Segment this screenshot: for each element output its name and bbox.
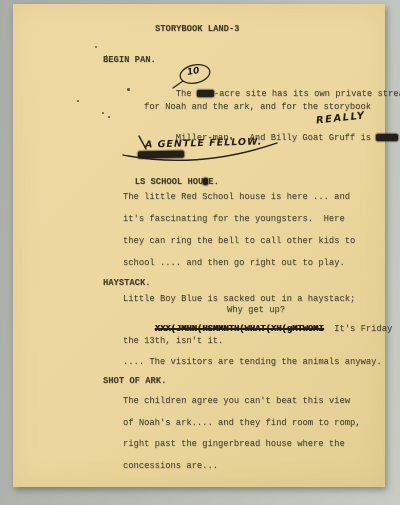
ink-speckle [95, 46, 97, 48]
cue-school-house: LS SCHOOL HOUE. [103, 169, 219, 178]
inserted-correction: Why get up? [227, 306, 285, 315]
script-line: they can ring the bell to call other kid… [123, 237, 355, 246]
script-page: STORYBOOK LAND-3 BEGIN PAN. The -acre si… [13, 4, 385, 487]
script-line: right past the gingerbread house where t… [123, 440, 345, 449]
heading-text: LS SCHOOL HOU [135, 177, 204, 187]
ink-speckle [108, 116, 110, 118]
script-line: of Noah's ark.... and they find room to … [123, 419, 361, 428]
redaction-mark [376, 134, 398, 141]
script-line: the 13th, isn't it. [123, 337, 223, 346]
cue-haystack: HAYSTACK. [103, 279, 151, 288]
redaction-mark [197, 90, 214, 97]
redaction-mark [138, 151, 184, 159]
ink-speckle [127, 88, 130, 91]
line-text: It's Friday [324, 324, 393, 334]
script-line: Little Boy Blue is sacked out in a hayst… [123, 295, 355, 304]
handwritten-acreage: 10 [186, 66, 200, 78]
script-line: it's fascinating for the youngsters. Her… [123, 215, 345, 224]
script-line: concessions are... [123, 462, 218, 471]
script-line: Miller-man. And Billy Goat Gruff is . [144, 125, 400, 134]
script-line: for Noah and the ark, and for the storyb… [144, 103, 371, 112]
line-text: The [176, 89, 197, 99]
script-line: The -acre site has its own private strea… [144, 81, 400, 90]
cue-begin-pan: BEGIN PAN. [103, 56, 156, 65]
heading-text: E. [208, 177, 219, 187]
script-line: XXX(JMHN(HSMMNTH(WHAT(XH(gMTWOMI It's Fr… [123, 316, 392, 325]
ink-speckle [102, 112, 104, 114]
script-line: school .... and then go right out to pla… [123, 259, 345, 268]
page-title: STORYBOOK LAND-3 [155, 25, 239, 34]
handwritten-gentle-fellow: A GENTLE FELLOW. [145, 136, 263, 150]
cue-shot-of-ark: SHOT OF ARK. [103, 377, 166, 386]
script-line: The children agree you can't beat this v… [123, 397, 350, 406]
struck-out-text: XXX(JMHN(HSMMNTH(WHAT(XH(gMTWOMI [155, 324, 324, 334]
ink-speckle [77, 100, 79, 102]
line-text: -acre site has its own private stream, [214, 89, 400, 99]
script-line: .... The visitors are tending the animal… [123, 358, 382, 367]
desk-background: STORYBOOK LAND-3 BEGIN PAN. The -acre si… [0, 0, 400, 505]
script-line: The little Red School house is here ... … [123, 193, 350, 202]
